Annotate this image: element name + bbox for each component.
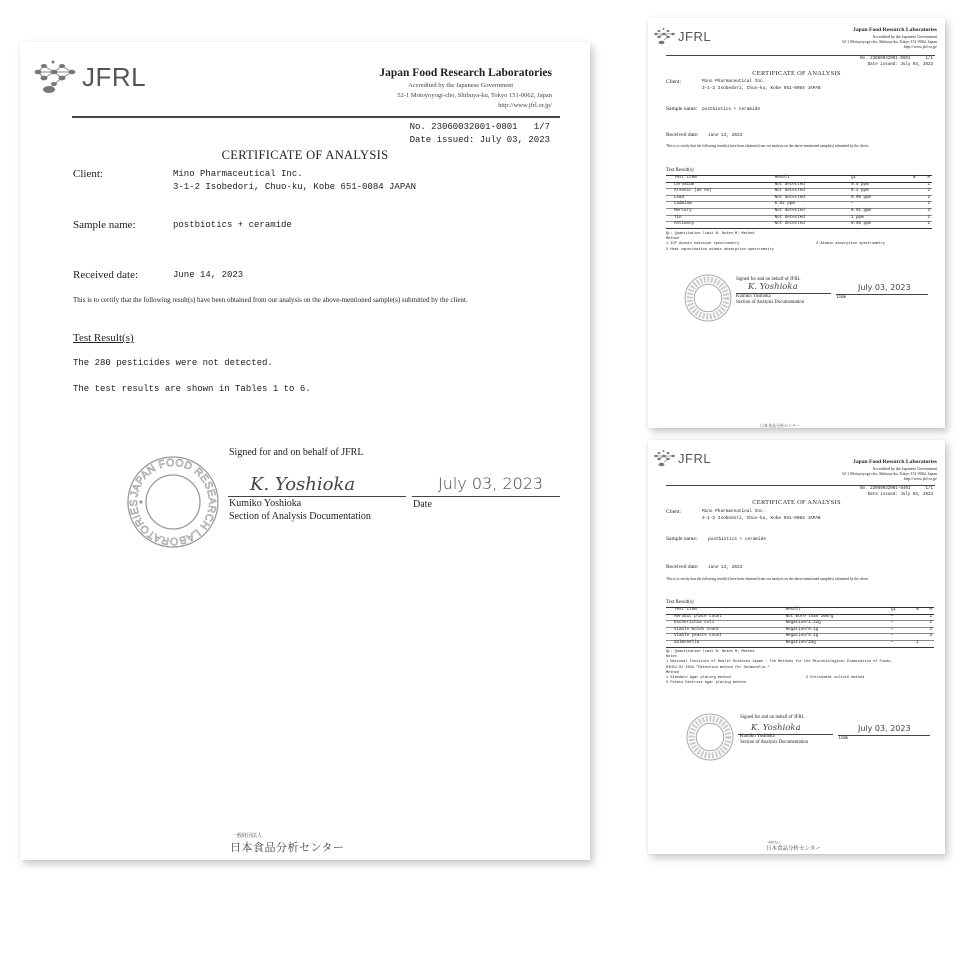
table-cell bbox=[907, 627, 920, 634]
handwritten-date: July 03, 2023 bbox=[858, 283, 911, 292]
client-value: Mino Pharmaceutical Inc. 3-1-2 Isobedori… bbox=[702, 79, 821, 92]
table-cell: Not detected bbox=[773, 215, 849, 222]
table-header-row: Test ItemResultQLNM bbox=[666, 608, 934, 615]
lab-header: Japan Food Research Laboratories Accredi… bbox=[379, 66, 552, 111]
client-label: Client: bbox=[666, 509, 681, 515]
table-row: Cadmium0.02 ppm—2 bbox=[666, 202, 932, 209]
table-cell: 1 bbox=[917, 215, 932, 222]
lab-header: Japan Food Research Laboratories Accredi… bbox=[842, 26, 937, 49]
sample-label: Sample name: bbox=[666, 536, 697, 542]
table-cell: Antimony bbox=[666, 222, 773, 229]
received-label: Received date: bbox=[666, 132, 699, 138]
method-item: 2 Enrichment culture method bbox=[806, 676, 864, 681]
sample-label: Sample name: bbox=[73, 219, 136, 231]
received-label: Received date: bbox=[73, 269, 138, 281]
table-cell bbox=[903, 208, 918, 215]
lab-name: Japan Food Research Laboratories bbox=[379, 66, 552, 81]
signature: K. Yoshioka bbox=[748, 282, 798, 292]
date-line bbox=[838, 735, 930, 736]
results-table: Test ItemResultQLNM ChromiumNot detected… bbox=[666, 175, 932, 229]
signature: K. Yoshioka bbox=[751, 723, 801, 733]
table-cell: Viable yeasts count bbox=[666, 634, 784, 641]
client-address: 3-1-2 Isobedori, Chuo-ku, Kobe 651-0084 … bbox=[702, 86, 821, 93]
table-cell: Tin bbox=[666, 215, 773, 222]
certify-statement: This is to certify that the following re… bbox=[73, 295, 518, 305]
signatory-block: Kumiko Yoshioka Section of Analysis Docu… bbox=[736, 294, 804, 306]
table-cell bbox=[907, 621, 920, 628]
table-cell: Not detected bbox=[773, 222, 849, 229]
received-date: June 14, 2023 bbox=[708, 565, 742, 572]
table-cell: Negative/2.22g bbox=[784, 621, 889, 628]
table-row: Escherichia coliNegative/2.22g—2 bbox=[666, 621, 934, 628]
client-name: Mino Pharmaceutical Inc. bbox=[173, 168, 416, 181]
document-number: No. 23060032001-0401 bbox=[860, 487, 910, 491]
certificate-page-heavy-metals: JFRL Japan Food Research Laboratories Ac… bbox=[648, 18, 945, 428]
table-cell: Viable molds count bbox=[666, 627, 784, 634]
lab-url: http://www.jfrl.or.jp/ bbox=[842, 44, 937, 49]
table-cell: Not detected bbox=[773, 182, 849, 189]
header-rule bbox=[72, 116, 560, 118]
results-heading: Test Result(s) bbox=[73, 332, 134, 344]
table-cell: Escherichia coli bbox=[666, 621, 784, 628]
column-header: QL bbox=[889, 608, 907, 615]
table-cell: 1 bbox=[917, 182, 932, 189]
client-value: Mino Pharmaceutical Inc. 3-1-2 Isobedori… bbox=[702, 509, 821, 522]
table-cell: Negative/0.1g bbox=[784, 627, 889, 634]
signatory-section: Section of Analysis Documentation bbox=[740, 740, 808, 746]
column-header: QL bbox=[849, 176, 903, 183]
table-cell bbox=[903, 202, 918, 209]
handwritten-date: July 03, 2023 bbox=[858, 724, 911, 733]
table-cell: 2 bbox=[921, 621, 934, 628]
certify-statement: This is to certify that the following re… bbox=[666, 577, 911, 582]
page-number: 1/1 bbox=[925, 487, 933, 491]
table-header-row: Test ItemResultQLNM bbox=[666, 176, 932, 183]
table-cell: 1 bbox=[921, 614, 934, 621]
jfrl-logo: JFRL bbox=[34, 60, 146, 94]
table-row: LeadNot detected0.05 ppm2 bbox=[666, 195, 932, 202]
column-header: N bbox=[907, 608, 920, 615]
table-cell: Not detected bbox=[773, 189, 849, 196]
table-cell: 1 bbox=[917, 222, 932, 229]
date-issued: July 03, 2023 bbox=[900, 63, 933, 67]
method-item: 3 Potato Dextrose Agar plating method bbox=[666, 681, 892, 686]
note-item: 1 National Institute of Health Sciences … bbox=[666, 660, 892, 665]
table-cell: 0.02 ppm bbox=[773, 202, 849, 209]
table-cell bbox=[903, 182, 918, 189]
table-cell bbox=[921, 640, 934, 647]
table-cell: Negative/25g bbox=[784, 640, 889, 647]
table-cell bbox=[903, 215, 918, 222]
logo-text: JFRL bbox=[678, 29, 711, 44]
certify-statement: This is to certify that the following re… bbox=[666, 144, 911, 149]
document-number: No. 23060032001-0801 bbox=[410, 122, 518, 132]
date-label: Date bbox=[413, 499, 432, 510]
date-issued-label: Date issued: bbox=[868, 493, 898, 497]
column-header: M bbox=[921, 608, 934, 615]
results-heading: Test Result(s) bbox=[666, 600, 694, 605]
date-label: Date bbox=[839, 736, 848, 741]
molecule-logo-icon bbox=[34, 60, 78, 94]
table-cell: Arsenic (as As) bbox=[666, 189, 773, 196]
sample-name: postbiotics + ceramide bbox=[173, 219, 292, 232]
table-row: MercuryNot detected0.01 ppm3 bbox=[666, 208, 932, 215]
column-header: M bbox=[917, 176, 932, 183]
table-cell: 1 bbox=[907, 640, 920, 647]
date-line bbox=[412, 496, 560, 497]
lab-name: Japan Food Research Laboratories bbox=[842, 458, 937, 466]
table-cell: Not more than 300/g bbox=[784, 614, 889, 621]
method-item: 3 Heat vaporization atomic absorption sp… bbox=[666, 248, 885, 253]
table-cell bbox=[903, 189, 918, 196]
logo-text: JFRL bbox=[678, 451, 711, 466]
table-cell: 1 ppm bbox=[849, 215, 903, 222]
table-cell: 0.01 ppm bbox=[849, 208, 903, 215]
footer-organization-jp: 一般財団法人 日本食品分析センター bbox=[766, 840, 821, 852]
table-cell: Lead bbox=[666, 195, 773, 202]
table-cell bbox=[907, 634, 920, 641]
column-header: Test Item bbox=[666, 608, 784, 615]
results-heading: Test Result(s) bbox=[666, 168, 694, 173]
jfrl-seal-stamp bbox=[686, 713, 734, 761]
table-cell: — bbox=[889, 640, 907, 647]
date-label: Date bbox=[837, 295, 846, 300]
table-row: TinNot detected1 ppm1 bbox=[666, 215, 932, 222]
table-cell: 0.5 ppm bbox=[849, 182, 903, 189]
table-row: Arsenic (as As)Not detected0.1 ppm2 bbox=[666, 189, 932, 196]
column-header: Result bbox=[773, 176, 849, 183]
jfrl-logo: JFRL bbox=[654, 450, 711, 467]
received-date: June 14, 2023 bbox=[708, 133, 742, 140]
table-cell: 3 bbox=[921, 627, 934, 634]
molecule-logo-icon bbox=[654, 28, 676, 45]
table-cell: 2 bbox=[917, 189, 932, 196]
method-item: 2 Atomic absorption spectrometry bbox=[816, 242, 885, 247]
lab-name: Japan Food Research Laboratories bbox=[842, 26, 937, 34]
signatory-block: Kumiko Yoshioka Section of Analysis Docu… bbox=[740, 734, 808, 746]
jfrl-seal-stamp: JAPAN FOOD RESEARCH LABORATORIES bbox=[126, 455, 220, 549]
certificate-title: CERTIFICATE OF ANALYSIS bbox=[20, 148, 590, 163]
footer-organization-jp: 日本食品分析センター bbox=[760, 423, 800, 428]
table-cell: Not detected bbox=[773, 195, 849, 202]
client-value: Mino Pharmaceutical Inc. 3-1-2 Isobedori… bbox=[173, 168, 416, 194]
table-cell bbox=[903, 222, 918, 229]
table-row: Aerobic plate countNot more than 300/g—1 bbox=[666, 614, 934, 621]
lab-url: http://www.jfrl.or.jp/ bbox=[842, 476, 937, 481]
certificate-title: CERTIFICATE OF ANALYSIS bbox=[648, 499, 945, 506]
table-row: Viable molds countNegative/0.1g—3 bbox=[666, 627, 934, 634]
table-cell: 3 bbox=[917, 208, 932, 215]
client-address: 3-1-2 Isobedori, Chuo-ku, Kobe 651-0084 … bbox=[173, 181, 416, 194]
date-line bbox=[836, 294, 928, 295]
certificate-page-microbiology: JFRL Japan Food Research Laboratories Ac… bbox=[648, 440, 945, 854]
date-issued-label: Date issued: bbox=[410, 135, 475, 145]
document-number: No. 23060032001-0601 bbox=[860, 57, 910, 61]
table-cell: Aerobic plate count bbox=[666, 614, 784, 621]
table-cell: 2 bbox=[917, 202, 932, 209]
signatory-block: Kumiko Yoshioka Section of Analysis Docu… bbox=[229, 497, 371, 523]
table-notes: QL: Quantitation limit N: Notes M: Metho… bbox=[666, 650, 892, 686]
lab-address: 52-1 Motoyoyogi-cho, Shibuya-ku, Tokyo 1… bbox=[379, 91, 552, 101]
sample-name: postbiotics + ceramide bbox=[708, 537, 766, 544]
column-header: Result bbox=[784, 608, 889, 615]
result-line-1: The 280 pesticides were not detected. bbox=[73, 358, 273, 368]
column-header: N bbox=[903, 176, 918, 183]
table-cell: Cadmium bbox=[666, 202, 773, 209]
document-number-block: No. 23060032001-0801 1/7 Date issued: Ju… bbox=[410, 121, 550, 147]
result-line-2: The test results are shown in Tables 1 t… bbox=[73, 384, 311, 394]
date-issued: July 03, 2023 bbox=[480, 135, 550, 145]
table-cell: — bbox=[889, 634, 907, 641]
table-cell: 2 bbox=[917, 195, 932, 202]
lab-url: http://www.jfrl.or.jp/ bbox=[379, 101, 552, 111]
table-row: SalmonellaNegative/25g—1 bbox=[666, 640, 934, 647]
table-row: ChromiumNot detected0.5 ppm1 bbox=[666, 182, 932, 189]
handwritten-date: July 03, 2023 bbox=[438, 474, 543, 493]
signatory-name: Kumiko Yoshioka bbox=[229, 497, 371, 510]
lab-header: Japan Food Research Laboratories Accredi… bbox=[842, 458, 937, 481]
table-cell: 0.05 ppm bbox=[849, 195, 903, 202]
signed-for: Signed for and on behalf of JFRL bbox=[229, 447, 363, 458]
sample-name: postbiotics + ceramide bbox=[702, 107, 760, 114]
results-table: Test ItemResultQLNM Aerobic plate countN… bbox=[666, 607, 934, 648]
table-cell bbox=[907, 614, 920, 621]
jfrl-seal-stamp bbox=[684, 274, 732, 322]
client-address: 3-1-2 Isobedori, Chuo-ku, Kobe 651-0084 … bbox=[702, 516, 821, 523]
table-cell: — bbox=[889, 627, 907, 634]
table-cell: 0.05 ppm bbox=[849, 222, 903, 229]
client-label: Client: bbox=[73, 168, 103, 180]
document-number-block: No. 23060032001-0601 1/1 Date issued: Ju… bbox=[860, 56, 933, 68]
certificate-page-pesticides: JFRL Japan Food Research Laboratories Ac… bbox=[20, 42, 590, 860]
signatory-section: Section of Analysis Documentation bbox=[229, 510, 371, 523]
date-issued: July 03, 2023 bbox=[900, 493, 933, 497]
signatory-section: Section of Analysis Documentation bbox=[736, 300, 804, 306]
signed-for: Signed for and on behalf of JFRL bbox=[740, 715, 804, 720]
table-cell: — bbox=[889, 621, 907, 628]
page-number: 1/7 bbox=[534, 122, 550, 132]
table-cell: Not detected bbox=[773, 208, 849, 215]
table-cell: Negative/0.1g bbox=[784, 634, 889, 641]
logo-text: JFRL bbox=[82, 62, 146, 93]
footer-organization-jp: 一般財団法人 日本食品分析センター bbox=[230, 832, 345, 855]
sample-label: Sample name: bbox=[666, 106, 697, 112]
method-item: 1 ICP Atomic emission spectrometry bbox=[666, 242, 816, 247]
client-label: Client: bbox=[666, 79, 681, 85]
table-row: Viable yeasts countNegative/0.1g—3 bbox=[666, 634, 934, 641]
lab-accreditation: Accredited by the Japanese Government bbox=[379, 81, 552, 91]
certificate-title: CERTIFICATE OF ANALYSIS bbox=[648, 70, 945, 77]
jfrl-logo: JFRL bbox=[654, 28, 711, 45]
received-label: Received date: bbox=[666, 564, 699, 570]
table-cell: 3 bbox=[921, 634, 934, 641]
table-cell: — bbox=[889, 614, 907, 621]
table-cell: Salmonella bbox=[666, 640, 784, 647]
table-notes: QL: Quantitation limit N: Notes M: Metho… bbox=[666, 232, 885, 253]
date-issued-label: Date issued: bbox=[868, 63, 898, 67]
table-cell: Chromium bbox=[666, 182, 773, 189]
table-cell bbox=[903, 195, 918, 202]
column-header: Test Item bbox=[666, 176, 773, 183]
received-date: June 14, 2023 bbox=[173, 269, 243, 282]
document-number-block: No. 23060032001-0401 1/1 Date issued: Ju… bbox=[860, 486, 933, 498]
page-number: 1/1 bbox=[925, 57, 933, 61]
molecule-logo-icon bbox=[654, 450, 676, 467]
table-cell: Mercury bbox=[666, 208, 773, 215]
table-cell: 0.1 ppm bbox=[849, 189, 903, 196]
signature: K. Yoshioka bbox=[250, 474, 355, 495]
table-cell: — bbox=[849, 202, 903, 209]
table-row: AntimonyNot detected0.05 ppm1 bbox=[666, 222, 932, 229]
